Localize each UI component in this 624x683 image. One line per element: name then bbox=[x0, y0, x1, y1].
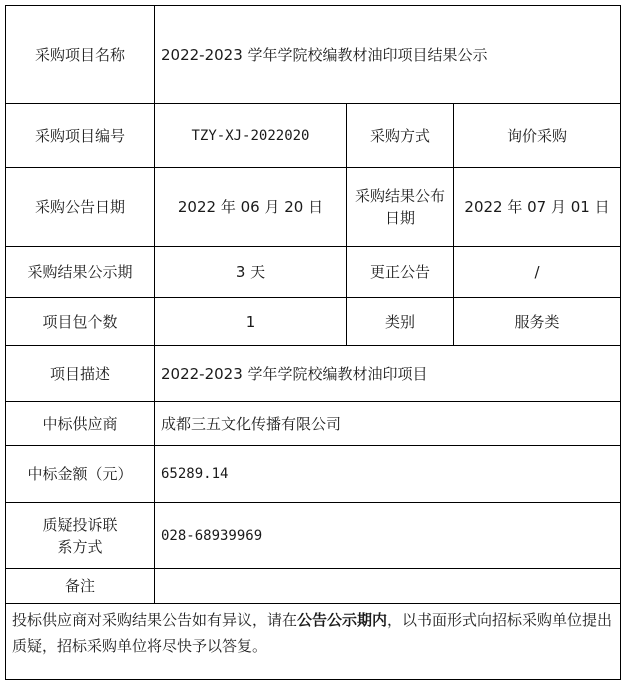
value-category: 服务类 bbox=[454, 298, 621, 346]
value-project-name: 2022-2023 学年学院校编教材油印项目结果公示 bbox=[155, 6, 621, 104]
label-announce-date: 采购公告日期 bbox=[6, 168, 155, 247]
label-amount: 中标金额（元） bbox=[6, 446, 155, 503]
value-supplier: 成都三五文化传播有限公司 bbox=[155, 402, 621, 446]
row-supplier: 中标供应商 成都三五文化传播有限公司 bbox=[6, 402, 621, 446]
value-correction-notice: / bbox=[454, 247, 621, 298]
value-remark bbox=[155, 569, 621, 604]
row-contact: 质疑投诉联系方式 028-68939969 bbox=[6, 503, 621, 569]
row-description: 项目描述 2022-2023 学年学院校编教材油印项目 bbox=[6, 346, 621, 402]
label-correction-notice: 更正公告 bbox=[347, 247, 454, 298]
row-project-code: 采购项目编号 TZY-XJ-2022020 采购方式 询价采购 bbox=[6, 104, 621, 168]
value-amount: 65289.14 bbox=[155, 446, 621, 503]
value-result-date: 2022 年 07 月 01 日 bbox=[454, 168, 621, 247]
notice-text-before: 投标供应商对采购结果公告如有异议，请在 bbox=[12, 611, 297, 629]
row-period: 采购结果公示期 3 天 更正公告 / bbox=[6, 247, 621, 298]
row-amount: 中标金额（元） 65289.14 bbox=[6, 446, 621, 503]
row-dates: 采购公告日期 2022 年 06 月 20 日 采购结果公布日期 2022 年 … bbox=[6, 168, 621, 247]
label-description: 项目描述 bbox=[6, 346, 155, 402]
value-procurement-method: 询价采购 bbox=[454, 104, 621, 168]
label-contact: 质疑投诉联系方式 bbox=[6, 503, 155, 569]
label-result-date: 采购结果公布日期 bbox=[347, 168, 454, 247]
label-supplier: 中标供应商 bbox=[6, 402, 155, 446]
row-remark: 备注 bbox=[6, 569, 621, 604]
label-procurement-method: 采购方式 bbox=[347, 104, 454, 168]
row-notice: 投标供应商对采购结果公告如有异议，请在公告公示期内，以书面形式向招标采购单位提出… bbox=[6, 604, 621, 680]
label-public-period: 采购结果公示期 bbox=[6, 247, 155, 298]
row-project-name: 采购项目名称 2022-2023 学年学院校编教材油印项目结果公示 bbox=[6, 6, 621, 104]
value-contact: 028-68939969 bbox=[155, 503, 621, 569]
row-packages: 项目包个数 1 类别 服务类 bbox=[6, 298, 621, 346]
label-project-name: 采购项目名称 bbox=[6, 6, 155, 104]
notice-text-bold: 公告公示期内 bbox=[297, 611, 387, 629]
value-project-code: TZY-XJ-2022020 bbox=[155, 104, 347, 168]
label-project-code: 采购项目编号 bbox=[6, 104, 155, 168]
value-announce-date: 2022 年 06 月 20 日 bbox=[155, 168, 347, 247]
objection-notice: 投标供应商对采购结果公告如有异议，请在公告公示期内，以书面形式向招标采购单位提出… bbox=[6, 604, 621, 680]
procurement-result-table: 采购项目名称 2022-2023 学年学院校编教材油印项目结果公示 采购项目编号… bbox=[5, 5, 621, 680]
label-remark: 备注 bbox=[6, 569, 155, 604]
value-public-period: 3 天 bbox=[155, 247, 347, 298]
value-description: 2022-2023 学年学院校编教材油印项目 bbox=[155, 346, 621, 402]
label-package-count: 项目包个数 bbox=[6, 298, 155, 346]
value-package-count: 1 bbox=[155, 298, 347, 346]
label-category: 类别 bbox=[347, 298, 454, 346]
